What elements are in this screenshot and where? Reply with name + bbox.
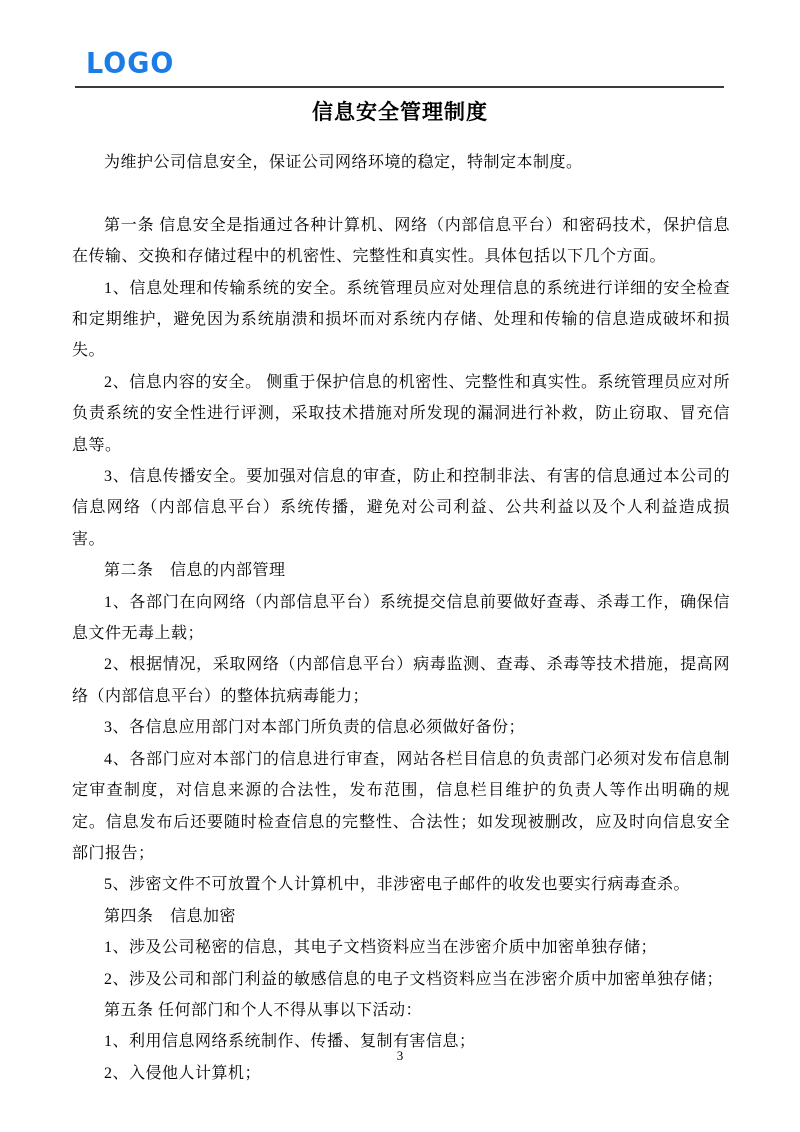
paragraph: 2、根据情况，采取网络（内部信息平台）病毒监测、查毒、杀毒等技术措施，提高网络（…	[72, 649, 730, 712]
header-divider	[75, 86, 724, 88]
document-page: LOGO 信息安全管理制度 为维护公司信息安全，保证公司网络环境的稳定，特制定本…	[0, 0, 800, 1132]
company-logo: LOGO	[86, 50, 174, 78]
paragraph: 3、各信息应用部门对本部门所负责的信息必须做好备份；	[72, 712, 730, 743]
paragraph: 3、信息传播安全。要加强对信息的审查，防止和控制非法、有害的信息通过本公司的信息…	[72, 461, 730, 555]
paragraph: 第四条 信息加密	[72, 901, 730, 932]
paragraph: 1、各部门在向网络（内部信息平台）系统提交信息前要做好查毒、杀毒工作，确保信息文…	[72, 587, 730, 650]
page-number: 3	[0, 1048, 800, 1064]
paragraph: 第一条 信息安全是指通过各种计算机、网络（内部信息平台）和密码技术，保护信息在传…	[72, 210, 730, 273]
paragraph: 1、涉及公司秘密的信息，其电子文档资料应当在涉密介质中加密单独存储；	[72, 932, 730, 963]
paragraph: 第二条 信息的内部管理	[72, 555, 730, 586]
blank-line	[72, 178, 730, 209]
document-title: 信息安全管理制度	[0, 96, 800, 126]
paragraph: 第五条 任何部门和个人不得从事以下活动：	[72, 995, 730, 1026]
paragraph: 为维护公司信息安全，保证公司网络环境的稳定，特制定本制度。	[72, 147, 730, 178]
paragraph: 1、信息处理和传输系统的安全。系统管理员应对处理信息的系统进行详细的安全检查和定…	[72, 273, 730, 367]
paragraph: 5、涉密文件不可放置个人计算机中，非涉密电子邮件的收发也要实行病毒查杀。	[72, 869, 730, 900]
paragraph: 2、涉及公司和部门利益的敏感信息的电子文档资料应当在涉密介质中加密单独存储；	[72, 964, 730, 995]
document-body: 为维护公司信息安全，保证公司网络环境的稳定，特制定本制度。第一条 信息安全是指通…	[72, 147, 730, 1089]
paragraph: 2、信息内容的安全。 侧重于保护信息的机密性、完整性和真实性。系统管理员应对所负…	[72, 367, 730, 461]
paragraph: 4、各部门应对本部门的信息进行审查，网站各栏目信息的负责部门必须对发布信息制定审…	[72, 744, 730, 870]
